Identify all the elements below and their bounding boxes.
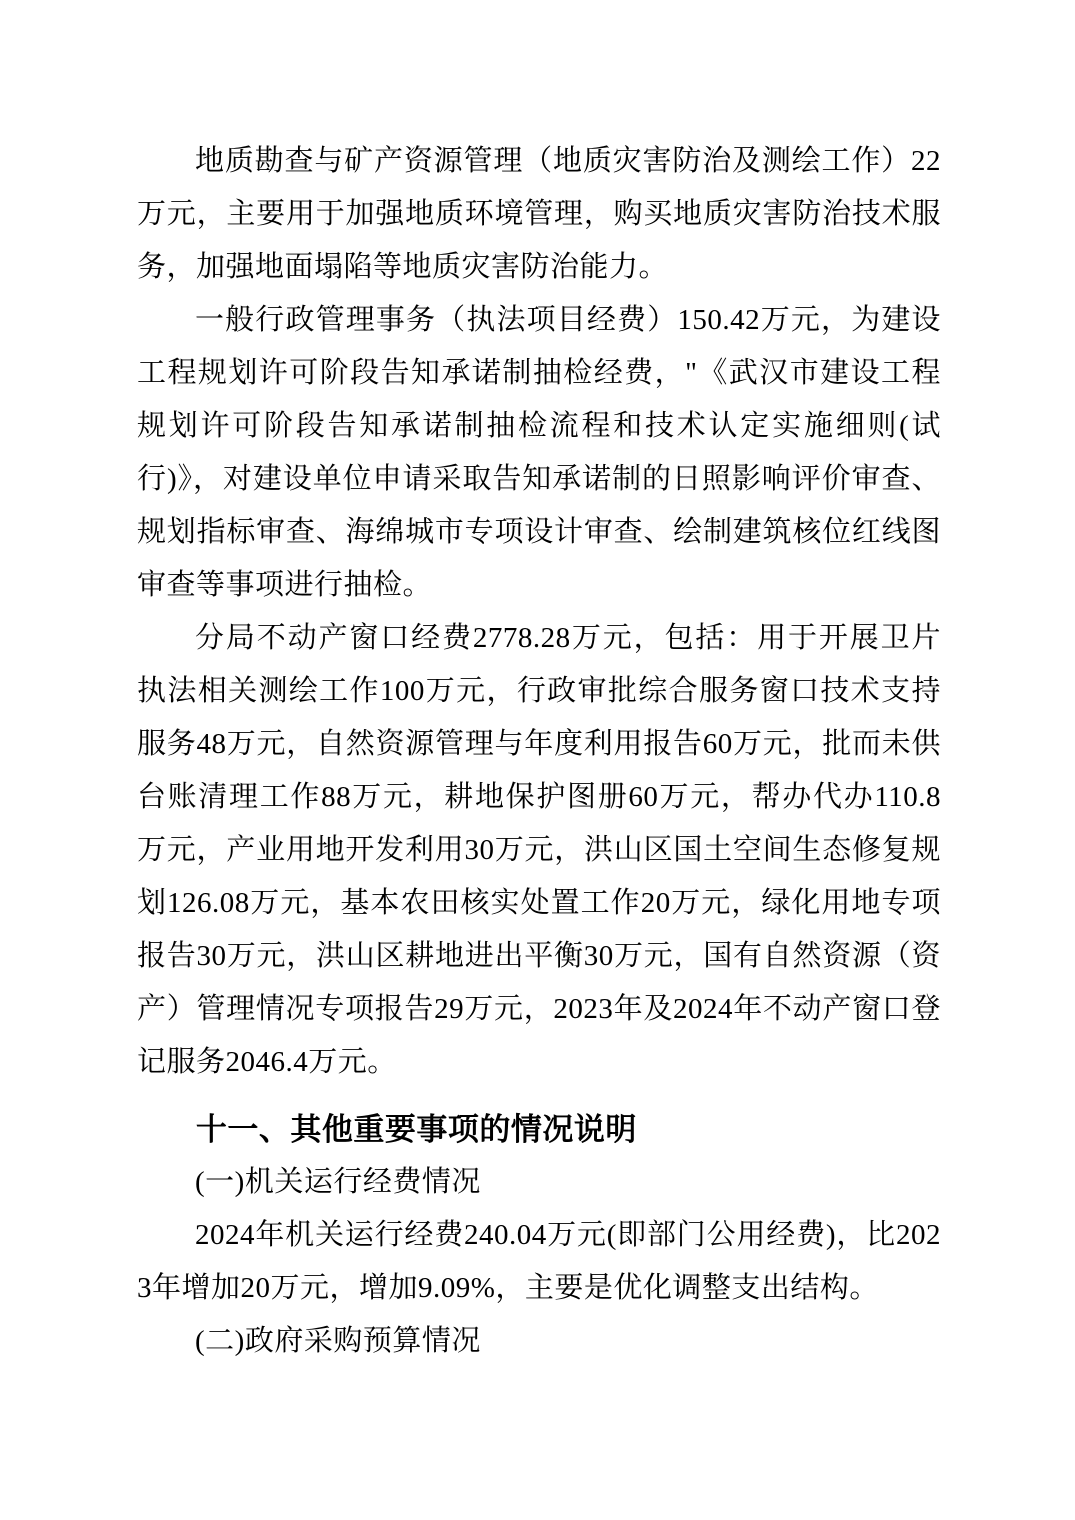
paragraph-operating-expense-detail: 2024年机关运行经费240.04万元(即部门公用经费)，比2023年增加20万… bbox=[137, 1209, 941, 1315]
paragraph-admin-affairs-fund: 一般行政管理事务（执法项目经费）150.42万元，为建设工程规划许可阶段告知承诺… bbox=[137, 294, 941, 612]
subsection-heading-agency-operating-expense: (一)机关运行经费情况 bbox=[137, 1156, 941, 1209]
subsection-heading-government-procurement: (二)政府采购预算情况 bbox=[137, 1315, 941, 1368]
paragraph-geology-survey-fund: 地质勘查与矿产资源管理（地质灾害防治及测绘工作）22万元，主要用于加强地质环境管… bbox=[137, 135, 941, 294]
paragraph-realestate-window-fund: 分局不动产窗口经费2778.28万元，包括：用于开展卫片执法相关测绘工作100万… bbox=[137, 612, 941, 1089]
document-content: 地质勘查与矿产资源管理（地质灾害防治及测绘工作）22万元，主要用于加强地质环境管… bbox=[137, 135, 941, 1368]
section-heading-other-important-matters: 十一、其他重要事项的情况说明 bbox=[137, 1103, 941, 1156]
document-page: 地质勘查与矿产资源管理（地质灾害防治及测绘工作）22万元，主要用于加强地质环境管… bbox=[0, 0, 1075, 1520]
